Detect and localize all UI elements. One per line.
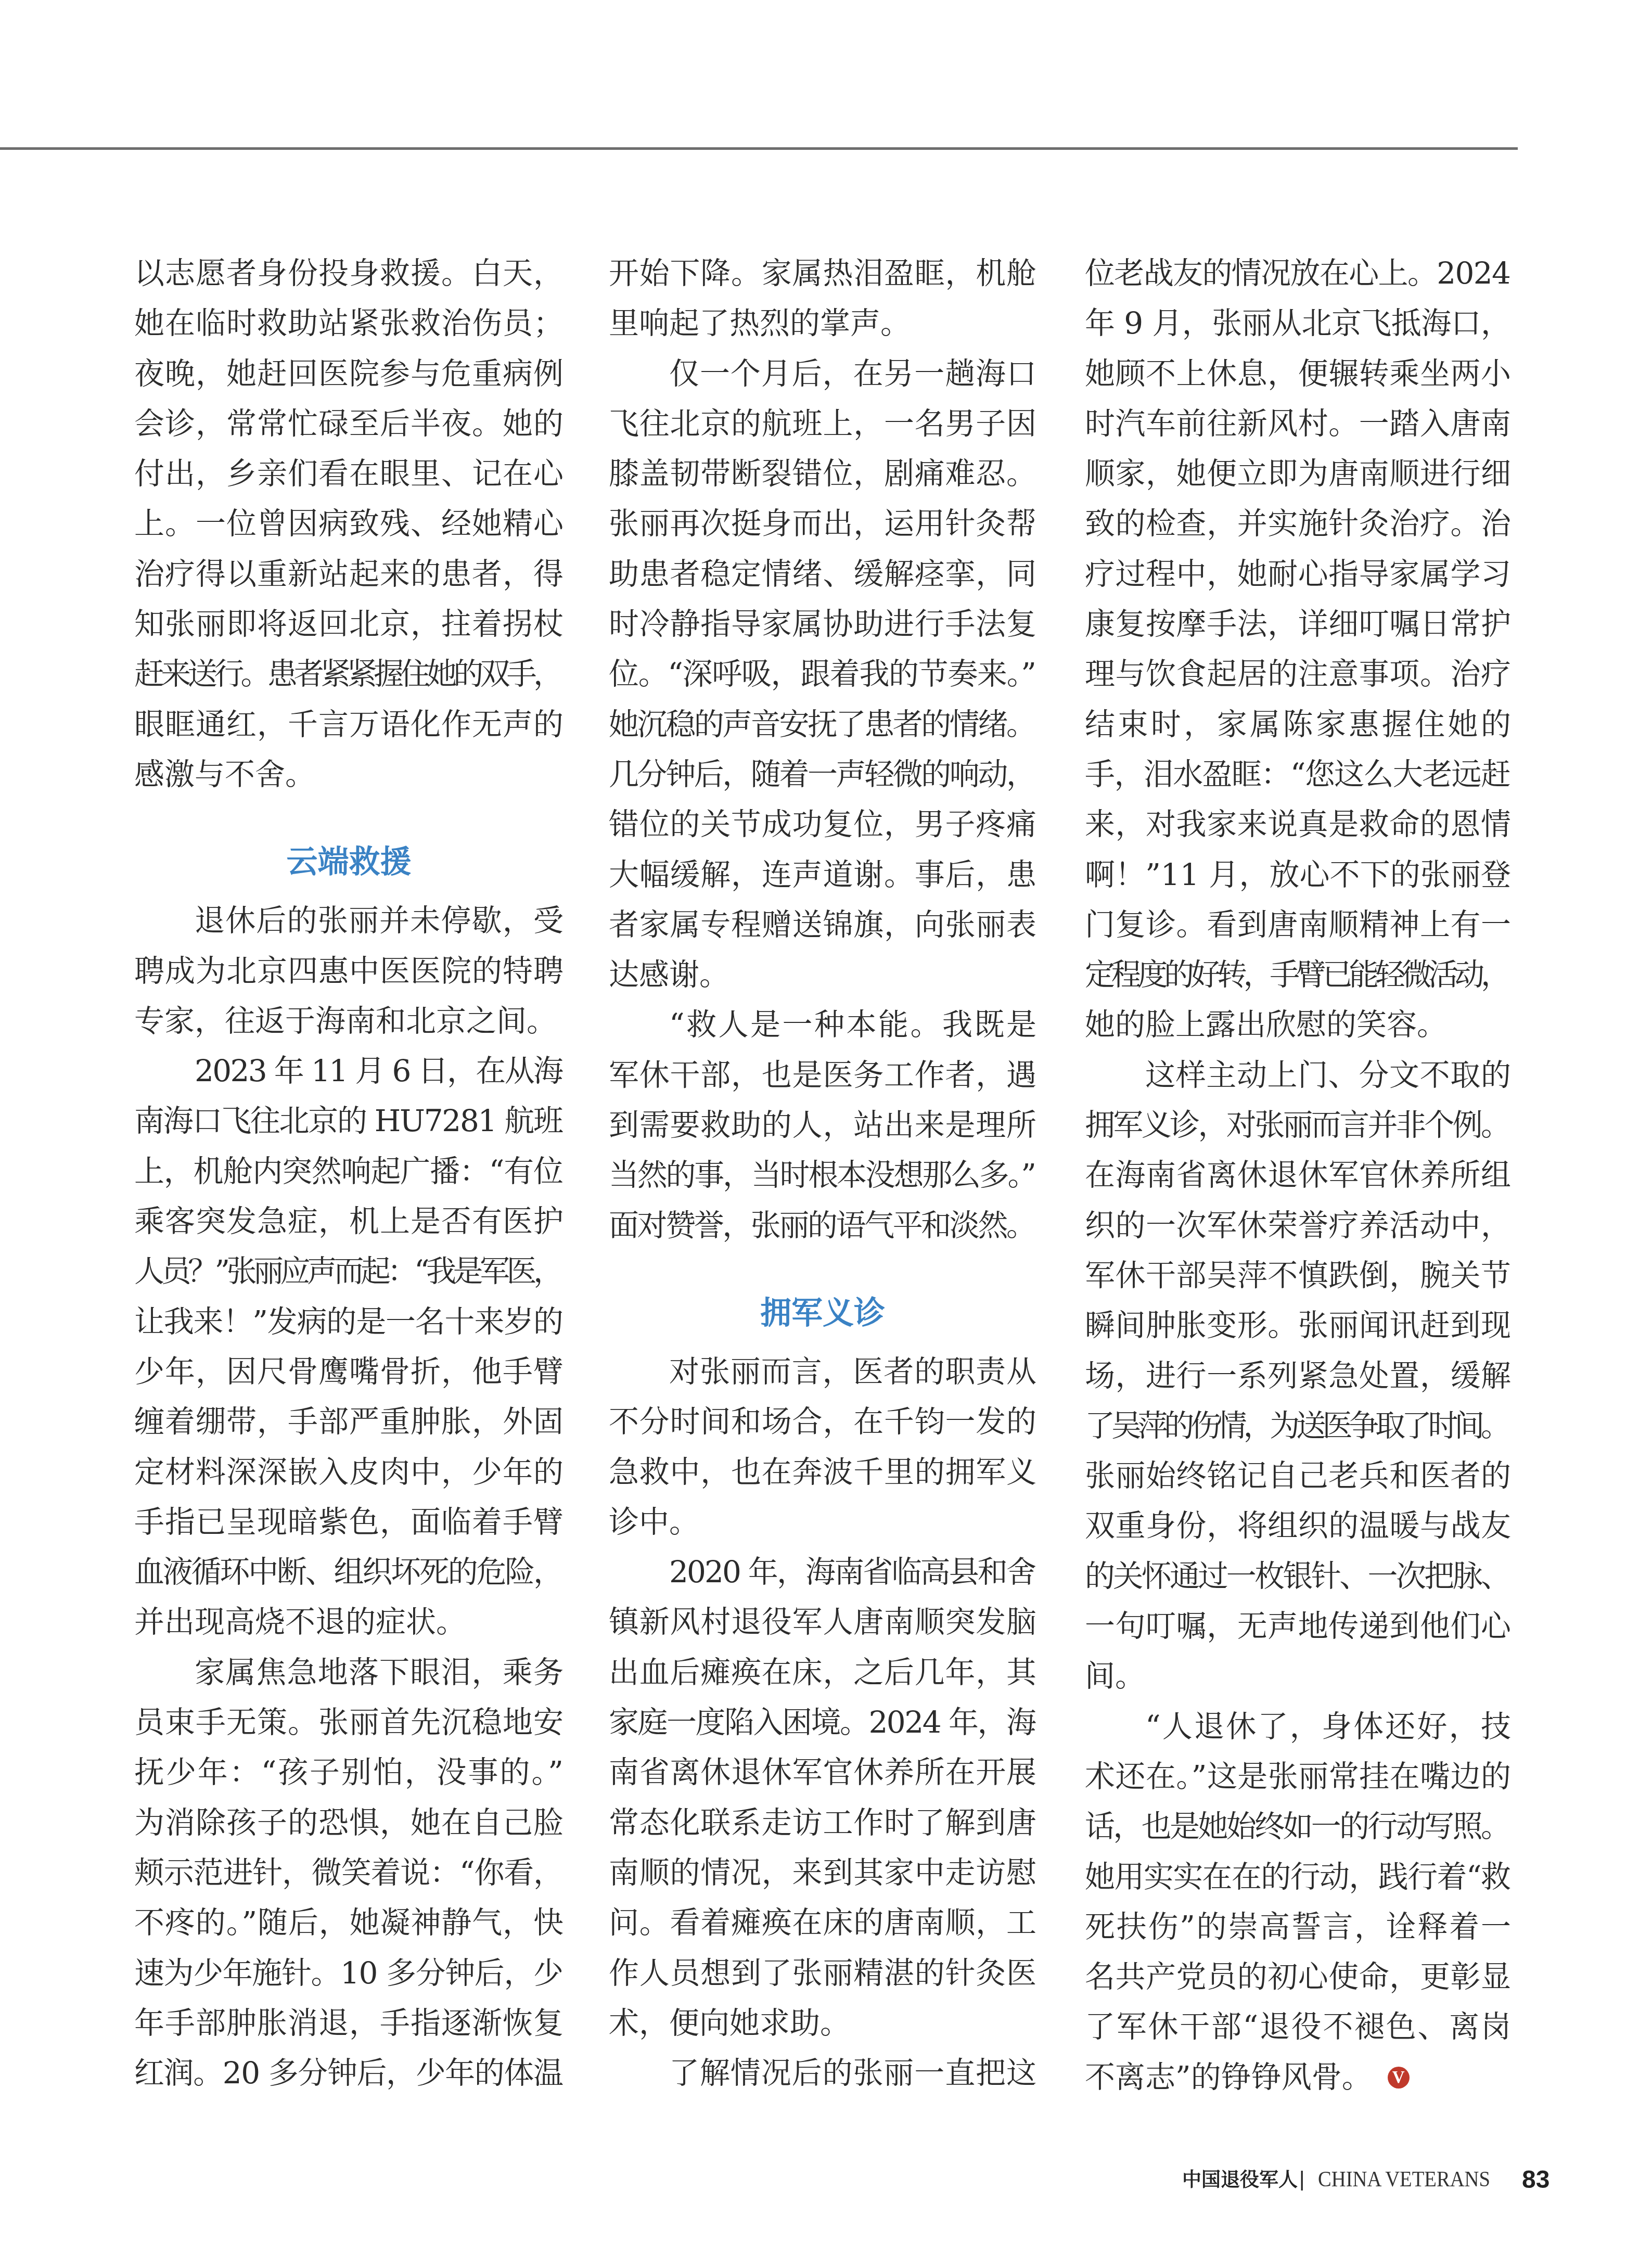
text-line: 缠着绷带，手部严重肿胀，外固 <box>134 1397 564 1446</box>
text-line: 南顺的情况，来到其家中走访慰 <box>609 1848 1036 1898</box>
text-line: 了吴萍的伤情，为送医争取了时间。 <box>1085 1401 1511 1451</box>
text-line: 专家，往返于海南和北京之间。 <box>134 996 564 1046</box>
header-rule <box>0 147 1518 150</box>
text-line: 以志愿者身份投身救援。白天， <box>134 248 564 298</box>
text-line: 面对赞誉，张丽的语气平和淡然。 <box>609 1200 1036 1250</box>
page-number: 83 <box>1522 2168 1549 2193</box>
text-line: 感激与不舍。 <box>134 749 564 799</box>
text-line: 张丽再次挺身而出，运用针灸帮 <box>609 498 1036 548</box>
article-column-1: 以志愿者身份投身救援。白天， 她在临时救助站紧张救治伤员； 夜晚，她赶回医院参与… <box>134 248 564 2098</box>
text-line: 军休干部吴萍不慎跌倒，腕关节 <box>1085 1250 1511 1300</box>
text-line: 仅一个月后，在另一趟海口 <box>609 349 1036 399</box>
section-heading: 云端救援 <box>134 799 564 895</box>
text-line: 血液循环中断、组织坏死的危险， <box>134 1547 564 1597</box>
text-line: 飞往北京的航班上，一名男子因 <box>609 399 1036 449</box>
text-line: 在海南省离休退休军官休养所组 <box>1085 1150 1511 1200</box>
text-line: 这样主动上门、分文不取的 <box>1085 1050 1511 1100</box>
text-line: 结束时，家属陈家惠握住她的 <box>1085 699 1511 749</box>
text-line: “救人是一种本能。我既是 <box>609 1000 1036 1049</box>
text-line: 顺家，她便立即为唐南顺进行细 <box>1085 449 1511 498</box>
text-line: 她沉稳的声音安抚了患者的情绪。 <box>609 699 1036 749</box>
text-line: 时冷静指导家属协助进行手法复 <box>609 599 1036 649</box>
text-line: 到需要救助的人，站出来是理所 <box>609 1100 1036 1150</box>
article-column-2: 开始下降。家属热泪盈眶，机舱 里响起了热烈的掌声。 仅一个月后，在另一趟海口 飞… <box>609 248 1036 2098</box>
text-line: 膝盖韧带断裂错位，剧痛难忍。 <box>609 449 1036 498</box>
text-line: 眼眶通红，千言万语化作无声的 <box>134 699 564 749</box>
text-line: 家属焦急地落下眼泪，乘务 <box>134 1647 564 1697</box>
text-line: 年 9 月，张丽从北京飞抵海口， <box>1085 298 1511 348</box>
text-line: 少年，因尺骨鹰嘴骨折，他手臂 <box>134 1347 564 1397</box>
text-line: 南省离休退休军官休养所在开展 <box>609 1747 1036 1797</box>
text-line: 让我来！”发病的是一名十来岁的 <box>134 1297 564 1347</box>
text-line: 瞬间肿胀变形。张丽闻讯赶到现 <box>1085 1300 1511 1350</box>
text-line: 达感谢。 <box>609 950 1036 1000</box>
text-line: 军休干部，也是医务工作者，遇 <box>609 1050 1036 1100</box>
text-line: 术还在。”这是张丽常挂在嘴边的 <box>1085 1751 1511 1801</box>
text-line: 乘客突发急症，机上是否有医护 <box>134 1196 564 1246</box>
text-line: 一句叮嘱，无声地传递到他们心 <box>1085 1601 1511 1651</box>
text-line: 家庭一度陷入困境。2024 年，海 <box>609 1697 1036 1747</box>
text-line: 致的检查，并实施针灸治疗。治 <box>1085 498 1511 548</box>
text-line: 并出现高烧不退的症状。 <box>134 1597 564 1647</box>
text-line: 定材料深深嵌入皮肉中，少年的 <box>134 1447 564 1497</box>
text-line: 间。 <box>1085 1651 1511 1701</box>
text-line: 她在临时救助站紧张救治伤员； <box>134 298 564 348</box>
text-line: 时汽车前往新风村。一踏入唐南 <box>1085 399 1511 449</box>
text-line: 问。看着瘫痪在床的唐南顺，工 <box>609 1898 1036 1948</box>
text-line: 作人员想到了张丽精湛的针灸医 <box>609 1948 1036 1998</box>
text-line: 双重身份，将组织的温暖与战友 <box>1085 1501 1511 1551</box>
text-line: 啊！”11 月，放心不下的张丽登 <box>1085 850 1511 900</box>
text-line: 上。一位曾因病致残、经她精心 <box>134 498 564 548</box>
text-line: 退休后的张丽并未停歇，受 <box>134 895 564 945</box>
text-line: 术，便向她求助。 <box>609 1998 1036 2048</box>
text-line: 疗过程中，她耐心指导家属学习 <box>1085 549 1511 599</box>
text-line: 对张丽而言，医者的职责从 <box>609 1347 1036 1397</box>
text-line: 她的脸上露出欣慰的笑容。 <box>1085 1000 1511 1049</box>
text-line: 会诊，常常忙碌至后半夜。她的 <box>134 399 564 449</box>
text-line: 大幅缓解，连声道谢。事后，患 <box>609 850 1036 900</box>
section-heading: 拥军义诊 <box>609 1250 1036 1347</box>
text-line: 出血后瘫痪在床，之后几年，其 <box>609 1647 1036 1697</box>
text-line: 夜晚，她赶回医院参与危重病例 <box>134 349 564 399</box>
text-line: 人员？”张丽应声而起：“我是军医， <box>134 1246 564 1296</box>
text-line: 为消除孩子的恐惧，她在自己脸 <box>134 1798 564 1848</box>
text-line: 知张丽即将返回北京，拄着拐杖 <box>134 599 564 649</box>
text-line: 她顾不上休息，便辗转乘坐两小 <box>1085 349 1511 399</box>
text-line: 镇新风村退役军人唐南顺突发脑 <box>609 1597 1036 1647</box>
text-line: 开始下降。家属热泪盈眶，机舱 <box>609 248 1036 298</box>
footer-magazine-title-cn: 中国退役军人 <box>1182 2169 1298 2192</box>
text-line: 红润。20 多分钟后，少年的体温 <box>134 2048 564 2098</box>
text-line: 助患者稳定情绪、缓解痉挛，同 <box>609 549 1036 599</box>
text-line: 死扶伤”的崇高誓言，诠释着一 <box>1085 1902 1511 1952</box>
text-line: 南海口飞往北京的 HU7281 航班 <box>134 1096 564 1146</box>
text-line: 急救中，也在奔波千里的拥军义 <box>609 1447 1036 1497</box>
text-line: 名共产党员的初心使命，更彰显 <box>1085 1952 1511 2002</box>
text-line: 赶来送行。患者紧紧握住她的双手， <box>134 649 564 699</box>
text-line: 聘成为北京四惠中医医院的特聘 <box>134 946 564 996</box>
text-line: 常态化联系走访工作时了解到唐 <box>609 1798 1036 1848</box>
v-end-mark-icon: V <box>1388 2067 1410 2089</box>
footer-separator: | <box>1299 2168 1304 2192</box>
text-line: 里响起了热烈的掌声。 <box>609 298 1036 348</box>
text-line-final: 不离志”的铮铮风骨。V <box>1085 2052 1511 2102</box>
text-line: 话，也是她始终如一的行动写照。 <box>1085 1801 1511 1851</box>
footer-magazine-title-en: CHINA VETERANS <box>1318 2168 1490 2192</box>
text-line: 位。“深呼吸，跟着我的节奏来。” <box>609 649 1036 699</box>
text-line: 2020 年，海南省临高县和舍 <box>609 1547 1036 1597</box>
text-line: “人退休了，身体还好，技 <box>1085 1701 1511 1751</box>
text-line: 颊示范进针，微笑着说：“你看， <box>134 1848 564 1898</box>
text-line: 上，机舱内突然响起广播：“有位 <box>134 1146 564 1196</box>
text-line: 场，进行一系列紧急处置，缓解 <box>1085 1351 1511 1401</box>
text-line: 了军休干部“退役不褪色、离岗 <box>1085 2002 1511 2052</box>
text-line: 不分时间和场合，在千钧一发的 <box>609 1397 1036 1446</box>
article-column-3: 位老战友的情况放在心上。2024 年 9 月，张丽从北京飞抵海口， 她顾不上休息… <box>1085 248 1511 2102</box>
text-line: 者家属专程赠送锦旗，向张丽表 <box>609 900 1036 950</box>
text-line: 速为少年施针。10 多分钟后，少 <box>134 1948 564 1998</box>
text-line: 不疼的。”随后，她凝神静气，快 <box>134 1898 564 1948</box>
text-line: 治疗得以重新站起来的患者，得 <box>134 549 564 599</box>
text-line: 年手部肿胀消退，手指逐渐恢复 <box>134 1998 564 2048</box>
text-line: 的关怀通过一枚银针、一次把脉、 <box>1085 1551 1511 1601</box>
text-line: 诊中。 <box>609 1497 1036 1547</box>
text-line: 织的一次军休荣誉疗养活动中， <box>1085 1200 1511 1250</box>
text-line: 门复诊。看到唐南顺精神上有一 <box>1085 900 1511 950</box>
text-line: 康复按摩手法，详细叮嘱日常护 <box>1085 599 1511 649</box>
text-line: 错位的关节成功复位，男子疼痛 <box>609 799 1036 849</box>
text-line: 当然的事，当时根本没想那么多。” <box>609 1150 1036 1200</box>
text-line: 手指已呈现暗紫色，面临着手臂 <box>134 1497 564 1547</box>
text-line: 付出，乡亲们看在眼里、记在心 <box>134 449 564 498</box>
text-line: 了解情况后的张丽一直把这 <box>609 2048 1036 2098</box>
text-line: 2023 年 11 月 6 日，在从海 <box>134 1046 564 1096</box>
text-line: 来，对我家来说真是救命的恩情 <box>1085 799 1511 849</box>
text-line: 定程度的好转，手臂已能轻微活动， <box>1085 950 1511 1000</box>
text-line: 员束手无策。张丽首先沉稳地安 <box>134 1697 564 1747</box>
text-line-final-text: 不离志”的铮铮风骨。 <box>1085 2059 1372 2095</box>
text-line: 拥军义诊，对张丽而言并非个例。 <box>1085 1100 1511 1150</box>
text-line: 抚少年：“孩子别怕，没事的。” <box>134 1747 564 1797</box>
text-line: 张丽始终铭记自己老兵和医者的 <box>1085 1451 1511 1501</box>
text-line: 位老战友的情况放在心上。2024 <box>1085 248 1511 298</box>
text-line: 手，泪水盈眶：“您这么大老远赶 <box>1085 749 1511 799</box>
text-line: 几分钟后，随着一声轻微的响动， <box>609 749 1036 799</box>
text-line: 理与饮食起居的注意事项。治疗 <box>1085 649 1511 699</box>
text-line: 她用实实在在的行动，践行着“救 <box>1085 1852 1511 1902</box>
